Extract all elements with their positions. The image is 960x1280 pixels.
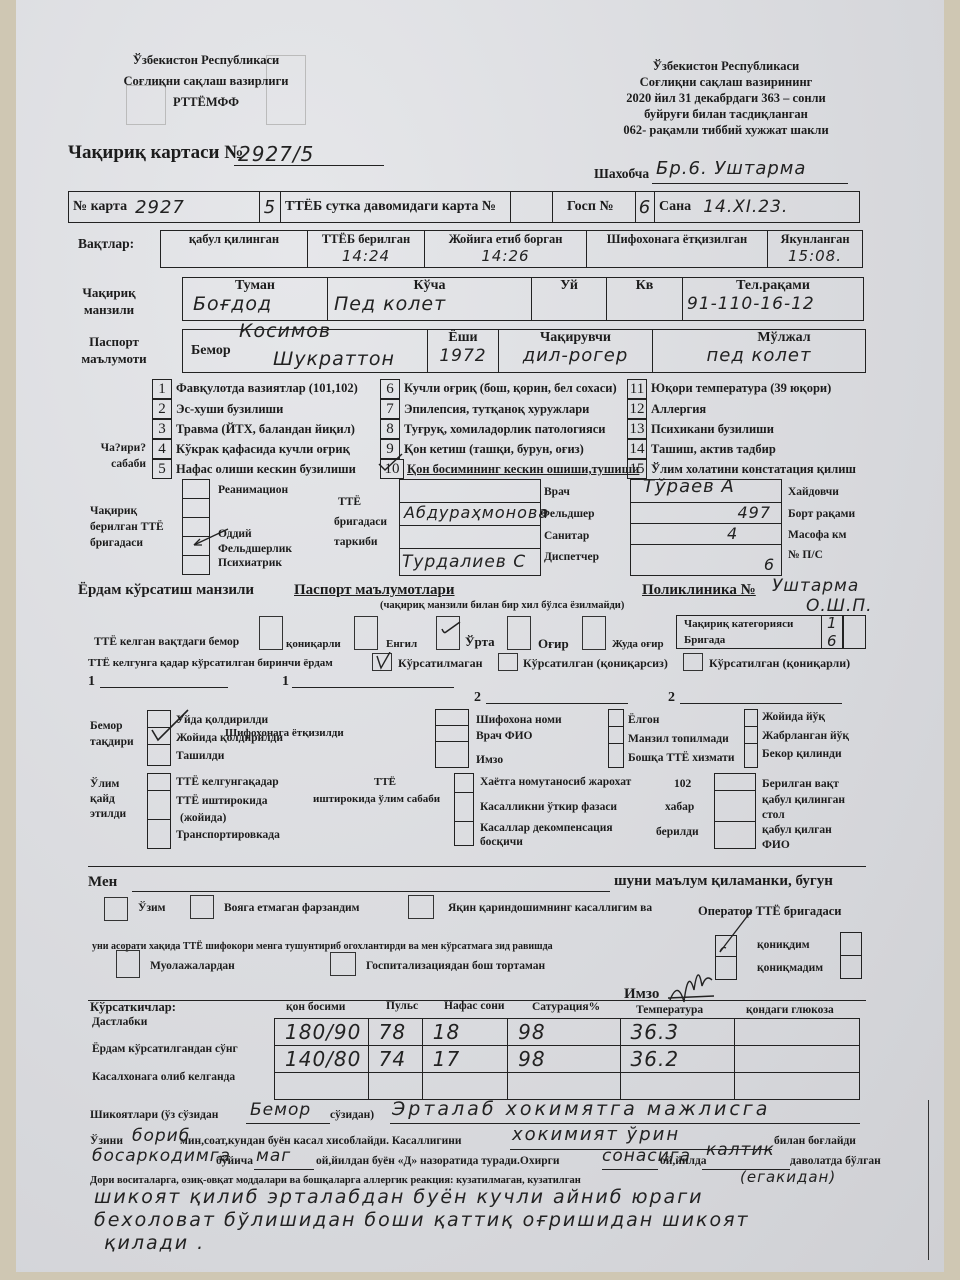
apartment-label: Кв <box>636 278 654 294</box>
hosp-number-value-cell[interactable]: 6 <box>635 191 655 223</box>
complaint-free-text-line: бехоловат бўлишидан боши қаттиқ оғришида… <box>94 1209 750 1232</box>
first-aid-option: Кўрсатилган (қониқарсиз) <box>523 656 668 671</box>
line-number: 2 <box>474 690 481 706</box>
call-reason-label-line: сабаби <box>88 456 146 472</box>
condition-option: Оғир <box>538 636 569 652</box>
phone-value: 91-110-16-12 <box>683 294 815 314</box>
reason-number-box[interactable]: 8 <box>380 419 400 439</box>
time-completed-label: Якунланган <box>780 231 849 247</box>
card-title: Чақириқ картаси № <box>68 142 243 164</box>
section-divider <box>88 866 866 867</box>
header-left: Ўзбекистон Республикаси Соғлиқни сақлаш … <box>76 50 336 113</box>
doctor-label: Врач <box>544 486 570 498</box>
signature-label: Имзо <box>476 754 503 766</box>
header-right-line: буйруғи билан тасдиқланган <box>576 106 876 122</box>
reason-number-box[interactable]: 2 <box>152 399 172 419</box>
composition-label-line: таркиби <box>334 532 387 552</box>
paramedic-field[interactable]: Абдураҳмонова <box>399 502 541 526</box>
vitals-row-label: Касалхонага олиб келганда <box>92 1071 235 1083</box>
outcome-checkbox[interactable] <box>744 743 758 768</box>
header-right-line: 062- рақамли тиббий хужжат шакли <box>576 122 876 138</box>
hospital-name-label: Шифохона номи <box>476 714 562 726</box>
death-cause-option: Касаллар декомпенсация <box>480 822 613 834</box>
time-arrived-label: Жойига етиб борган <box>449 231 563 247</box>
death-cause-label: ТТЁ <box>374 776 396 788</box>
complaints-label-suffix: сўзидан) <box>330 1109 374 1121</box>
house-label: Уй <box>560 278 578 294</box>
line-number: 1 <box>88 674 95 690</box>
consent-minor-checkbox[interactable] <box>190 895 214 919</box>
registry-value[interactable]: босаркодимга <box>92 1146 231 1166</box>
illness-cause-value: хокимият ўрин <box>512 1124 680 1145</box>
outcome-option: Ёлгон <box>628 714 659 726</box>
report-receiver-field[interactable] <box>714 821 756 849</box>
time-hospitalized-label: Шифохонага ётқизилган <box>607 231 748 247</box>
refuse-option: Госпитализациядан бош тортаман <box>366 960 545 972</box>
pulse-initial[interactable]: 78 <box>368 1019 422 1046</box>
allergy-label: Дори воситаларга, озиқ-овқат моддалари в… <box>90 1175 581 1186</box>
doctor-field[interactable] <box>399 479 541 503</box>
daily-card-label: ТТЁБ сутка давомидаги карта № <box>285 199 496 215</box>
pulse-hospital[interactable] <box>368 1073 422 1100</box>
distance-field[interactable]: 4 <box>630 523 782 545</box>
caller-label: Чақирувчи <box>540 330 611 346</box>
blank-line-field[interactable] <box>680 688 842 704</box>
reason-number-box[interactable]: 13 <box>627 419 647 439</box>
vitals-column-header: Пульс <box>386 1000 418 1012</box>
death-checkbox[interactable] <box>147 773 171 791</box>
complaint-source-value: Бемор <box>250 1100 311 1120</box>
caller-cell[interactable]: Чақирувчи дил-рогер <box>498 329 653 373</box>
street-label: Кўча <box>413 278 445 294</box>
report-field-label: қабул қилинган <box>762 794 845 806</box>
signature-field[interactable] <box>435 741 469 768</box>
temperature-hospital[interactable] <box>620 1073 735 1100</box>
card-number-cell: № карта 2927 <box>68 191 260 223</box>
patient-fate-label-line: Бемор <box>90 718 134 734</box>
orderly-label: Санитар <box>544 530 589 542</box>
call-card-document: Ўзбекистон Республикаси Соғлиқни сақлаш … <box>16 0 944 1272</box>
fate-option: Уйда қолдирилди <box>176 714 268 726</box>
brigade-type-checkbox[interactable] <box>182 555 210 575</box>
outcome-option: Бошқа ТТЁ хизмати <box>628 752 735 764</box>
branch-field[interactable]: Бр.6. Уштарма <box>652 160 848 184</box>
death-cause-checkbox[interactable] <box>454 821 474 846</box>
blank-line-field[interactable] <box>100 672 228 688</box>
address-label-line: манзили <box>76 301 142 318</box>
daily-card-cell: ТТЁБ сутка давомидаги карта № <box>280 191 511 223</box>
landmark-value: пед колет <box>707 346 812 366</box>
patient-first-name: Шукраттон <box>273 348 395 370</box>
reason-number-box[interactable]: 7 <box>380 399 400 419</box>
vitals-row-hospital <box>275 1073 860 1100</box>
outcome-checkbox[interactable] <box>744 709 758 727</box>
address-label-line: Чақириқ <box>76 284 142 301</box>
clinic-value-line2: О.Ш.П. <box>806 596 873 616</box>
report-desk-field[interactable] <box>714 790 756 822</box>
age-value: 1972 <box>439 346 486 366</box>
category-label: Чақириқ категорияси <box>684 618 793 630</box>
time-dispatched-value: 14:24 <box>342 247 390 265</box>
first-aid-label: ТТЁ келгунга қадар кўрсатилган биринчи ё… <box>88 657 333 669</box>
respiration-initial[interactable]: 18 <box>422 1019 507 1046</box>
complaint-free-text-line: қилади . <box>94 1232 750 1255</box>
header-right-line: Соғлиқни сақлаш вазирининг <box>576 74 876 90</box>
blank-line-field[interactable] <box>292 672 454 688</box>
first-aid-checkbox[interactable] <box>683 653 703 671</box>
saturation-after[interactable]: 98 <box>508 1046 620 1073</box>
report-field-label: Берилган вақт <box>762 778 839 790</box>
card-sub-number-value: 5 <box>264 197 276 218</box>
passport-label-line: маълумоти <box>76 350 152 367</box>
checkmark-icon <box>716 908 756 958</box>
reason-number-box[interactable]: 3 <box>152 419 172 439</box>
landmark-label: Мўлжал <box>707 330 810 346</box>
death-cause-checkbox[interactable] <box>454 773 474 793</box>
hosp-number-label: Госп № <box>567 199 614 215</box>
respiration-after[interactable]: 17 <box>422 1046 507 1073</box>
report-message-label: хабар <box>665 801 694 813</box>
reason-number-box[interactable]: 1 <box>152 379 172 399</box>
hosp-number-value: 6 <box>639 197 651 218</box>
reason-label: Юқори температура (39 юқори) <box>651 381 831 396</box>
last-hosp-suffix: даволатда бўлган <box>790 1155 881 1167</box>
doctor-name-label: Врач ФИО <box>476 730 532 742</box>
brigade-number-label: Бригада <box>684 634 725 646</box>
age-cell[interactable]: Ёши 1972 <box>427 329 499 373</box>
landmark-cell[interactable]: Мўлжал пед колет <box>652 329 866 373</box>
hospitalized-label: Шифохонага ётқизилди <box>225 727 344 739</box>
respiration-hospital[interactable] <box>422 1073 507 1100</box>
saturation-initial[interactable]: 98 <box>508 1019 620 1046</box>
doctor-name-field[interactable] <box>435 725 469 742</box>
substation-label: № П/С <box>788 549 823 561</box>
consent-name-field[interactable] <box>132 872 610 892</box>
last-hosp-label: ой,йилда <box>660 1155 707 1167</box>
death-label-line: этилди <box>90 807 126 822</box>
condition-checkbox[interactable] <box>507 616 531 650</box>
call-reason-label: Ча?ири? сабаби <box>88 440 146 472</box>
brigade-label: Чақириқ берилган ТТЁ бригадаси <box>90 503 164 551</box>
line-number: 1 <box>282 674 289 690</box>
death-cause-checkbox[interactable] <box>454 792 474 822</box>
apartment-cell[interactable]: Кв <box>606 277 683 321</box>
checkmark-icon <box>376 452 406 472</box>
glucose-hospital[interactable] <box>735 1073 860 1100</box>
reason-number-box[interactable]: 14 <box>627 439 647 459</box>
outcome-checkbox[interactable] <box>608 726 624 744</box>
patient-name-cell[interactable]: Бемор Косимов Шукраттон <box>182 329 428 373</box>
vitals-row-label: Дастлабки <box>92 1016 147 1028</box>
condition-checkbox[interactable] <box>354 616 378 650</box>
death-cause-label: иштирокида ўлим сабаби <box>313 793 440 805</box>
category-extra-cell[interactable] <box>842 615 866 649</box>
clinic-label: Поликлиника № <box>642 582 756 599</box>
reason-number-box[interactable]: 5 <box>152 459 172 479</box>
board-number-value: 497 <box>737 503 771 522</box>
category-value[interactable]: 1 <box>827 614 838 632</box>
outcome-checkbox[interactable] <box>608 743 624 768</box>
registry-since-field[interactable]: маг <box>254 1146 314 1170</box>
consent-me-label: Мен <box>88 874 117 891</box>
glucose-after[interactable] <box>735 1046 860 1073</box>
blood-pressure-hospital[interactable] <box>275 1073 369 1100</box>
registry-label: бўйича <box>216 1155 253 1167</box>
patient-fate-label: Бемор тақдири <box>90 718 134 750</box>
composition-label-line: ТТЁ <box>334 492 387 512</box>
refuse-treatment-checkbox[interactable] <box>116 950 140 978</box>
distance-value: 4 <box>727 524 738 543</box>
dispatcher-label: Диспетчер <box>544 551 599 563</box>
brigade-type-psychiatric: Психиатрик <box>218 557 282 569</box>
reason-number-box[interactable]: 4 <box>152 439 172 459</box>
date-label: Сана <box>659 199 691 215</box>
complaint-free-text-line: шикоят қилиб эрталабдан буён кучли айниб… <box>94 1186 750 1209</box>
death-option: Транспортировкада <box>176 829 280 841</box>
brigade-label-line: Чақириқ <box>90 503 164 519</box>
hospital-name-field[interactable] <box>435 709 469 726</box>
time-dispatched-label: ТТЁБ берилган <box>322 231 410 247</box>
last-hosp-place-field[interactable]: калтик <box>702 1146 790 1170</box>
brigade-number-value[interactable]: 6 <box>827 632 838 650</box>
page-margin-line <box>928 1100 929 1260</box>
saturation-hospital[interactable] <box>508 1073 620 1100</box>
header-right-line: 2020 йил 31 декабрдаги 363 – сонли <box>576 90 876 106</box>
consent-option: Яқин қариндошимнинг касаллигим ва <box>448 902 652 914</box>
outcome-checkbox[interactable] <box>608 709 624 727</box>
pulse-after[interactable]: 74 <box>368 1046 422 1073</box>
substation-field[interactable]: 6 <box>630 544 782 576</box>
glucose-initial[interactable] <box>735 1019 860 1046</box>
hosp-number-cell: Госп № <box>552 191 636 223</box>
reason-label: Кўкрак қафасида кучли оғриқ <box>176 442 350 457</box>
brigade-type-paramedic: Фельдшерлик <box>218 543 292 555</box>
patient-fate-label-line: тақдири <box>90 734 134 750</box>
age-label: Ёши <box>448 330 477 346</box>
condition-option: Ўрта <box>465 634 495 650</box>
brigade-type-checkbox[interactable] <box>182 498 210 518</box>
refuse-option: Муолажалардан <box>150 960 235 972</box>
date-value[interactable]: 14.XI.23. <box>703 197 788 217</box>
brigade-label-line: берилган ТТЁ <box>90 519 164 535</box>
death-label-line: Ўлим <box>90 777 126 792</box>
vitals-row-after-aid: 140/80 74 17 98 36.2 <box>275 1046 860 1073</box>
reason-label: Ташиш, актив тадбир <box>651 442 776 457</box>
time-completed-cell[interactable]: Якунланган 15:08. <box>767 230 863 268</box>
checkmark-icon <box>440 620 462 638</box>
reason-label: Психикани бузилиши <box>651 422 774 437</box>
dispatcher-value: Турдалиев С <box>402 552 526 572</box>
reason-label: Кучли оғриқ (бош, қорин, бел сохаси) <box>404 381 617 396</box>
driver-field[interactable]: Тўраев А <box>630 479 782 503</box>
death-checkbox[interactable] <box>147 790 171 820</box>
time-arrived-value: 14:26 <box>481 247 529 265</box>
assist-passport-label: Паспорт маълумотлари <box>294 582 455 599</box>
report-field-label: ФИО <box>762 839 790 851</box>
death-label: Ўлим қайд этилди <box>90 777 126 822</box>
brigade-composition-label: ТТЁ бригадаси таркиби <box>334 492 387 552</box>
time-arrived-cell[interactable]: Жойига етиб борган 14:26 <box>424 230 587 268</box>
death-label-line: қайд <box>90 792 126 807</box>
consent-self-checkbox[interactable] <box>104 897 128 921</box>
reason-label-selected: Қон босимининг кескин ошиши,тушиши <box>407 462 639 477</box>
vitals-column-header: қон босими <box>286 1001 345 1013</box>
report-given-label: берилди <box>656 826 699 838</box>
board-number-field[interactable]: 497 <box>630 502 782 524</box>
phone-cell[interactable]: Тел.рақами 91-110-16-12 <box>682 277 864 321</box>
blood-pressure-initial[interactable]: 180/90 <box>275 1019 369 1046</box>
header-right: Ўзбекистон Республикаси Соғлиқни сақлаш … <box>576 58 876 138</box>
condition-checkbox[interactable] <box>582 616 606 650</box>
outcome-option: Жабрланган йўқ <box>762 730 849 742</box>
house-cell[interactable]: Уй <box>531 277 607 321</box>
dispensary-text: ой,йилдан буён «Д» назоратида туради.Охи… <box>316 1155 560 1167</box>
outcome-checkbox[interactable] <box>744 726 758 744</box>
operator-unsatisfied-checkbox[interactable] <box>715 956 737 980</box>
brigade-type-checkbox[interactable] <box>182 479 210 499</box>
first-aid-option: Кўрсатилган (қониқарли) <box>709 656 850 671</box>
report-field-label: стол <box>762 809 785 821</box>
report-field-label: қабул қилган <box>762 824 832 836</box>
complaint-free-text[interactable]: шикоят қилиб эрталабдан буён кучли айниб… <box>94 1186 750 1255</box>
date-cell: Сана 14.XI.23. <box>654 191 860 223</box>
caller-value: дил-рогер <box>523 346 629 366</box>
complaint-text-value: Эрталаб хокимятга мажлисга <box>392 1098 770 1120</box>
distance-label: Масофа км <box>788 529 847 541</box>
line-number: 2 <box>668 690 675 706</box>
card-number-field[interactable]: 2927/5 <box>234 144 384 166</box>
last-hosp-field[interactable]: сонасига <box>602 1146 658 1170</box>
consent-option: Ўзим <box>138 902 166 914</box>
blank-line-field[interactable] <box>486 688 628 704</box>
death-cause-option: босқичи <box>480 836 523 848</box>
vitals-row-label: Ёрдам кўрсатилгандан сўнг <box>92 1043 238 1055</box>
satisfied-label: қониқдим <box>757 939 810 951</box>
time-completed-value: 15:08. <box>788 247 842 265</box>
street-cell[interactable]: Кўча Пед колет <box>327 277 532 321</box>
outcome-option: Манзил топилмади <box>628 733 729 745</box>
first-aid-checkbox[interactable] <box>498 653 518 671</box>
consent-notify-label: шуни маълум қиламанки, бугун <box>614 873 833 890</box>
header-right-line: Ўзбекистон Республикаси <box>576 58 876 74</box>
time-hospitalized-cell[interactable]: Шифохонага ётқизилган <box>586 230 768 268</box>
assist-address-label: Ёрдам кўрсатиш манзили <box>78 582 254 599</box>
reason-label: Фавқулотда вазиятлар (101,102) <box>176 381 358 396</box>
substation-value: 6 <box>764 555 775 574</box>
daily-card-value-cell[interactable] <box>510 191 553 223</box>
checkmark-icon <box>374 652 392 670</box>
vitals-column-header: Сатурация% <box>532 1001 600 1013</box>
temperature-after[interactable]: 36.2 <box>620 1046 735 1073</box>
reason-label: Ўлим холатини констатация қилиш <box>651 462 856 477</box>
card-number-value: 2927/5 <box>238 142 314 166</box>
fate-checkbox[interactable] <box>147 744 171 766</box>
reason-number-box[interactable]: 6 <box>380 379 400 399</box>
paramedic-label: Фельдшер <box>540 508 595 520</box>
times-label: Вақтлар: <box>78 236 134 252</box>
card-number-handwritten[interactable]: 2927 <box>135 197 185 218</box>
paramedic-value: Абдураҳмонова <box>404 503 549 522</box>
report-time-field[interactable] <box>714 773 756 791</box>
brigade-satisfied-checkbox[interactable] <box>840 932 862 956</box>
composition-label-line: бригадаси <box>334 512 387 532</box>
reason-label: Эс-хуши бузилиши <box>176 402 283 417</box>
first-aid-option: Кўрсатилмаган <box>398 656 483 671</box>
death-checkbox[interactable] <box>147 819 171 849</box>
death-option: ТТЁ келгунгақадар <box>176 776 279 788</box>
phone-label: Тел.рақами <box>736 278 810 294</box>
complaint-source-field[interactable]: Бемор <box>246 1100 330 1124</box>
allergy-value[interactable]: (егакидан) <box>740 1168 836 1186</box>
consent-option: Вояга етмаган фарзандим <box>224 902 360 914</box>
orderly-field[interactable] <box>399 525 541 549</box>
condition-option: Жуда оғир <box>612 638 664 650</box>
time-dispatched-cell[interactable]: ТТЁБ берилган 14:24 <box>307 230 425 268</box>
reason-label: Эпилепсия, тутқаноқ хуружлари <box>404 402 589 417</box>
vitals-column-header: қондаги глюкоза <box>746 1004 834 1016</box>
unsatisfied-label: қониқмадим <box>757 962 823 974</box>
report-102-label: 102 <box>674 778 691 790</box>
brigade-type-reanimation: Реанимацион <box>218 484 288 496</box>
registry-since-value: маг <box>256 1146 291 1166</box>
consent-warning-text: уни асорати хақида ТТЁ шифокори менга ту… <box>92 941 553 952</box>
vitals-label: Кўрсаткичлар: <box>90 1000 176 1015</box>
vitals-table: 180/90 78 18 98 36.3 140/80 74 17 98 36.… <box>274 1018 860 1100</box>
time-received-label: қабул қилинган <box>189 231 279 247</box>
time-received-cell[interactable]: қабул қилинган <box>160 230 308 268</box>
condition-option: Енгил <box>386 638 417 650</box>
category-divider <box>821 615 822 649</box>
condition-option: қониқарли <box>286 638 341 650</box>
passport-label: Паспорт маълумоти <box>76 333 152 367</box>
reason-label: Травма (ЙТХ, баландан йиқил) <box>176 422 355 437</box>
death-option: ТТЁ иштирокида <box>176 795 267 807</box>
temperature-initial[interactable]: 36.3 <box>620 1019 735 1046</box>
death-cause-option: Касалликни ўткир фазаси <box>480 801 617 813</box>
refuse-hospitalization-checkbox[interactable] <box>330 952 356 976</box>
driver-value: Тўраев А <box>643 476 735 497</box>
complaint-text-field[interactable]: Эрталаб хокимятга мажлисга <box>390 1098 860 1124</box>
district-cell[interactable]: Туман Боғдод <box>182 277 328 321</box>
assist-address-note: (чақириқ манзили билан бир хил бўлса ёзи… <box>380 600 624 611</box>
board-number-label: Борт рақами <box>788 508 855 520</box>
street-value: Пед колет <box>328 294 446 314</box>
reason-label: Нафас олиши кескин бузилиши <box>176 462 356 477</box>
district-value: Боғдод <box>183 294 272 314</box>
driver-label: Хайдовчи <box>788 486 839 498</box>
reason-label: Қон кетиш (ташқи, бурун, оғиз) <box>404 442 584 457</box>
brigade-type-ordinary: Оддий <box>218 528 252 540</box>
blood-pressure-after[interactable]: 140/80 <box>275 1046 369 1073</box>
brigade-unsatisfied-checkbox[interactable] <box>840 955 862 979</box>
outcome-option: Бекор қилинди <box>762 748 842 760</box>
brigade-label-line: бригадаси <box>90 535 164 551</box>
address-label: Чақириқ манзили <box>76 284 142 318</box>
branch-value: Бр.6. Уштарма <box>656 158 806 179</box>
card-sub-number-cell[interactable]: 5 <box>259 191 281 223</box>
reason-label: Туғруқ, хомиладорлик патологияси <box>404 422 606 437</box>
vitals-column-header: Нафас сони <box>444 1000 505 1012</box>
card-number-label: № карта <box>73 199 127 215</box>
clinic-value[interactable]: Уштарма <box>772 576 859 596</box>
dispatcher-field[interactable]: Турдалиев С <box>399 548 541 576</box>
condition-checkbox[interactable] <box>259 616 283 650</box>
reason-label: Аллергия <box>651 402 706 417</box>
consent-relative-checkbox[interactable] <box>408 895 434 919</box>
reason-number-box[interactable]: 12 <box>627 399 647 419</box>
reason-number-box[interactable]: 11 <box>627 379 647 399</box>
branch-label: Шахобча <box>594 166 649 182</box>
